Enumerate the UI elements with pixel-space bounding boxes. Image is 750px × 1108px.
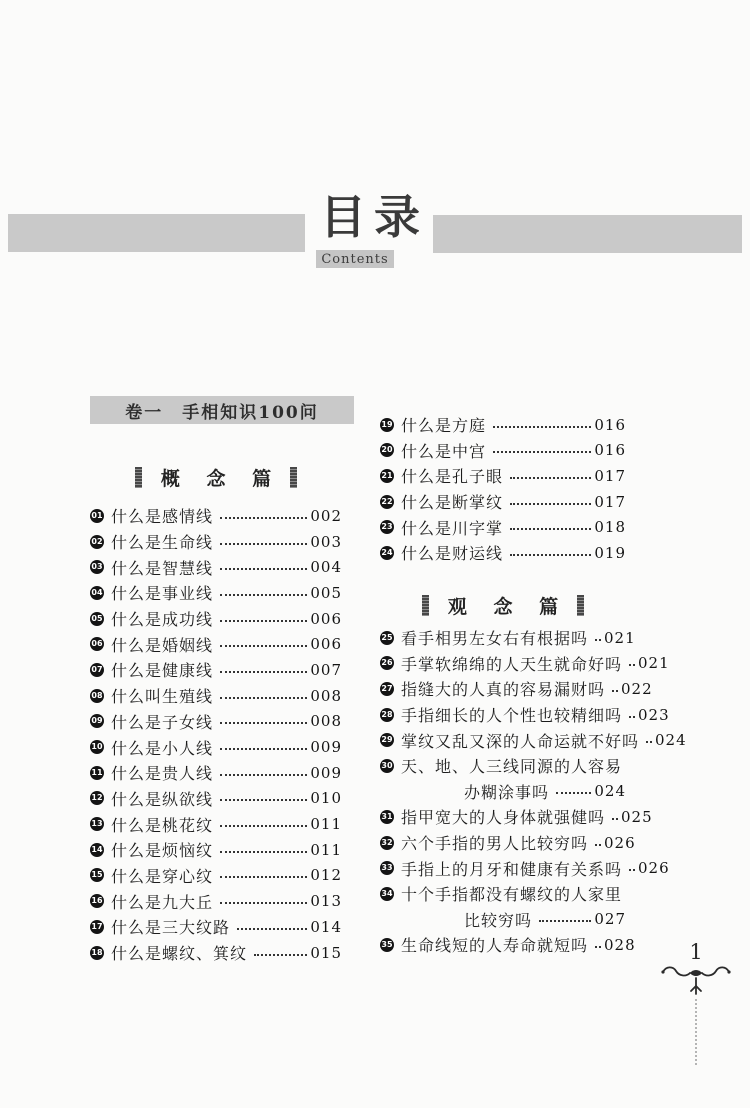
heading-bracket-icon <box>577 595 584 616</box>
entry-title-continued: 比较穷吗 <box>464 908 532 931</box>
toc-entry: 26手掌软绵绵的人天生就命好吗021 <box>380 651 626 677</box>
entry-page-number: 002 <box>310 507 342 525</box>
entry-number-badge: 35 <box>380 938 394 952</box>
entry-number-badge: 31 <box>380 810 394 824</box>
entry-page-number: 011 <box>310 815 342 833</box>
toc-entry: 35生命线短的人寿命就短吗028 <box>380 932 626 958</box>
toc-entry: 28手指细长的人个性也较精细吗023 <box>380 702 626 728</box>
entry-number-badge: 03 <box>90 560 104 574</box>
entry-page-number: 019 <box>594 544 626 562</box>
folio: 1 <box>658 942 734 1065</box>
entry-number-badge: 16 <box>90 894 104 908</box>
page-title: 目录 <box>302 192 438 243</box>
entry-page-number: 016 <box>594 416 626 434</box>
dot-leader <box>510 501 591 505</box>
dot-leader <box>254 952 307 956</box>
entry-title: 什么是成功线 <box>111 607 213 630</box>
entry-title: 什么是智慧线 <box>111 556 213 579</box>
section-heading-concepts: 概 念 篇 <box>90 464 342 491</box>
entry-page-number: 011 <box>310 841 342 859</box>
dot-leader <box>510 475 591 479</box>
entry-page-number: 006 <box>310 635 342 653</box>
entry-page-number: 007 <box>310 661 342 679</box>
entry-title-continued: 办糊涂事吗 <box>464 780 549 803</box>
dot-leader <box>539 918 591 922</box>
entry-title: 什么是贵人线 <box>111 761 213 784</box>
entry-number-badge: 26 <box>380 656 394 670</box>
toc-entry: 29掌纹又乱又深的人命运就不好吗024 <box>380 727 626 753</box>
dot-leader <box>220 618 307 622</box>
entry-page-number: 012 <box>310 866 342 884</box>
dot-leader <box>595 842 601 846</box>
entry-title: 什么是螺纹、箕纹 <box>111 941 247 964</box>
entry-title: 什么是小人线 <box>111 736 213 759</box>
dot-leader <box>220 695 307 699</box>
toc-entry: 32六个手指的男人比较穷吗026 <box>380 830 626 856</box>
toc-entry: 08什么叫生殖线008 <box>90 683 342 709</box>
entry-title: 指缝大的人真的容易漏财吗 <box>401 677 605 700</box>
section-title: 观 念 篇 <box>438 592 568 619</box>
toc-entry-continuation: 办糊涂事吗024 <box>380 779 626 805</box>
entry-title: 什么是九大丘 <box>111 890 213 913</box>
entry-number-badge: 01 <box>90 509 104 523</box>
entry-page-number: 028 <box>604 936 636 954</box>
dot-leader <box>220 900 307 904</box>
toc-entry: 21什么是孔子眼017 <box>380 463 626 489</box>
toc-column-right-ideas: 25看手相男左女右有根据吗021 26手掌软绵绵的人天生就命好吗021 27指缝… <box>380 625 626 958</box>
entry-title: 什么是烦恼纹 <box>111 838 213 861</box>
entry-number-badge: 09 <box>90 714 104 728</box>
dot-leader <box>237 926 307 930</box>
entry-title: 什么是财运线 <box>401 541 503 564</box>
entry-number-badge: 05 <box>90 612 104 626</box>
dot-leader <box>493 424 591 428</box>
toc-entry: 01什么是感情线002 <box>90 503 342 529</box>
dot-leader <box>510 552 591 556</box>
entry-title: 什么是事业线 <box>111 581 213 604</box>
toc-entry: 27指缝大的人真的容易漏财吗022 <box>380 676 626 702</box>
dot-leader <box>220 849 307 853</box>
dot-leader <box>629 867 635 871</box>
dot-leader <box>220 643 307 647</box>
toc-entry: 20什么是中宫016 <box>380 438 626 464</box>
volume-banner: 卷一 手相知识100问 <box>90 396 354 424</box>
entry-title: 手掌软绵绵的人天生就命好吗 <box>401 652 622 675</box>
heading-bracket-icon <box>135 467 142 488</box>
entry-title: 什么是穿心纹 <box>111 864 213 887</box>
entry-page-number: 010 <box>310 789 342 807</box>
dot-leader <box>220 669 307 673</box>
dot-leader <box>220 515 307 519</box>
entry-number-badge: 34 <box>380 887 394 901</box>
entry-number-badge: 14 <box>90 843 104 857</box>
folio-dotted-rule <box>695 999 697 1065</box>
dot-leader <box>629 662 635 666</box>
toc-entry: 15什么是穿心纹012 <box>90 863 342 889</box>
entry-page-number: 013 <box>310 892 342 910</box>
entry-page-number: 005 <box>310 584 342 602</box>
entry-page-number: 024 <box>594 782 626 800</box>
entry-title: 什么是婚姻线 <box>111 633 213 656</box>
entry-title: 什么是感情线 <box>111 504 213 527</box>
entry-title: 手指上的月牙和健康有关系吗 <box>401 857 622 880</box>
entry-page-number: 017 <box>594 467 626 485</box>
entry-title: 什么是三大纹路 <box>111 915 230 938</box>
entry-number-badge: 11 <box>90 766 104 780</box>
toc-entry: 34十个手指都没有螺纹的人家里 <box>380 881 626 907</box>
dot-leader <box>220 592 307 596</box>
entry-number-badge: 28 <box>380 708 394 722</box>
entry-title: 生命线短的人寿命就短吗 <box>401 933 588 956</box>
dot-leader <box>629 714 635 718</box>
entry-number-badge: 07 <box>90 663 104 677</box>
entry-page-number: 025 <box>621 808 653 826</box>
entry-number-badge: 02 <box>90 535 104 549</box>
entry-title: 掌纹又乱又深的人命运就不好吗 <box>401 729 639 752</box>
toc-entry: 06什么是婚姻线006 <box>90 631 342 657</box>
entry-page-number: 022 <box>621 680 653 698</box>
dot-leader <box>646 739 652 743</box>
entry-page-number: 026 <box>604 834 636 852</box>
toc-entry: 23什么是川字掌018 <box>380 514 626 540</box>
entry-page-number: 014 <box>310 918 342 936</box>
dot-leader <box>493 449 591 453</box>
toc-entry: 14什么是烦恼纹011 <box>90 837 342 863</box>
entry-page-number: 021 <box>638 654 670 672</box>
flourish-icon <box>660 964 732 998</box>
entry-number-badge: 12 <box>90 791 104 805</box>
dot-leader <box>220 772 307 776</box>
entry-number-badge: 23 <box>380 520 394 534</box>
toc-entry: 24什么是财运线019 <box>380 540 626 566</box>
entry-page-number: 027 <box>594 910 626 928</box>
toc-entry: 09什么是子女线008 <box>90 709 342 735</box>
entry-title: 十个手指都没有螺纹的人家里 <box>401 882 622 905</box>
dot-leader <box>220 874 307 878</box>
entry-title: 六个手指的男人比较穷吗 <box>401 831 588 854</box>
toc-entry: 19什么是方庭016 <box>380 412 626 438</box>
toc-entry: 13什么是桃花纹011 <box>90 811 342 837</box>
entry-title: 什么是方庭 <box>401 413 486 436</box>
dot-leader <box>595 637 601 641</box>
entry-number-badge: 27 <box>380 682 394 696</box>
entry-title: 什么是生命线 <box>111 530 213 553</box>
entry-number-badge: 29 <box>380 733 394 747</box>
header-right-rule <box>433 215 742 253</box>
entry-page-number: 009 <box>310 738 342 756</box>
entry-number-badge: 04 <box>90 586 104 600</box>
entry-number-badge: 33 <box>380 861 394 875</box>
toc-entry: 25看手相男左女右有根据吗021 <box>380 625 626 651</box>
dot-leader <box>510 526 591 530</box>
entry-number-badge: 15 <box>90 868 104 882</box>
entry-title: 指甲宽大的人身体就强健吗 <box>401 805 605 828</box>
entry-number-badge: 22 <box>380 495 394 509</box>
page-subtitle: Contents <box>316 250 394 268</box>
toc-entry: 30天、地、人三线同源的人容易 <box>380 753 626 779</box>
toc-entry: 12什么是纵欲线010 <box>90 786 342 812</box>
entry-title: 什么是健康线 <box>111 658 213 681</box>
dot-leader <box>595 944 601 948</box>
entry-number-badge: 18 <box>90 946 104 960</box>
entry-title: 什么是孔子眼 <box>401 464 503 487</box>
dot-leader <box>220 720 307 724</box>
entry-number-badge: 19 <box>380 418 394 432</box>
dot-leader <box>220 746 307 750</box>
entry-number-badge: 25 <box>380 631 394 645</box>
entry-page-number: 018 <box>594 518 626 536</box>
entry-page-number: 008 <box>310 712 342 730</box>
entry-number-badge: 06 <box>90 637 104 651</box>
entry-page-number: 004 <box>310 558 342 576</box>
entry-page-number: 024 <box>655 731 687 749</box>
entry-number-badge: 13 <box>90 817 104 831</box>
entry-number-badge: 32 <box>380 836 394 850</box>
dot-leader <box>556 790 591 794</box>
entry-number-badge: 24 <box>380 546 394 560</box>
toc-entry: 10什么是小人线009 <box>90 734 342 760</box>
entry-number-badge: 21 <box>380 469 394 483</box>
toc-column-left: 01什么是感情线002 02什么是生命线003 03什么是智慧线004 04什么… <box>90 503 342 965</box>
entry-title: 什么是断掌纹 <box>401 490 503 513</box>
entry-number-badge: 20 <box>380 443 394 457</box>
toc-entry: 04什么是事业线005 <box>90 580 342 606</box>
toc-entry: 22什么是断掌纹017 <box>380 489 626 515</box>
toc-entry: 31指甲宽大的人身体就强健吗025 <box>380 804 626 830</box>
entry-title: 什么是川字掌 <box>401 516 503 539</box>
toc-entry-continuation: 比较穷吗027 <box>380 907 626 933</box>
toc-entry: 17什么是三大纹路014 <box>90 914 342 940</box>
entry-page-number: 026 <box>638 859 670 877</box>
entry-number-badge: 08 <box>90 689 104 703</box>
section-heading-ideas: 观 念 篇 <box>380 592 626 619</box>
entry-page-number: 009 <box>310 764 342 782</box>
heading-bracket-icon <box>422 595 429 616</box>
dot-leader <box>220 797 307 801</box>
toc-entry: 11什么是贵人线009 <box>90 760 342 786</box>
toc-entry: 03什么是智慧线004 <box>90 554 342 580</box>
folio-page-number: 1 <box>689 942 702 963</box>
toc-entry: 05什么是成功线006 <box>90 606 342 632</box>
entry-number-badge: 17 <box>90 920 104 934</box>
entry-title: 什么是桃花纹 <box>111 813 213 836</box>
entry-page-number: 016 <box>594 441 626 459</box>
dot-leader <box>220 823 307 827</box>
dot-leader <box>612 816 618 820</box>
toc-column-right-concepts: 19什么是方庭016 20什么是中宫016 21什么是孔子眼017 22什么是断… <box>380 412 626 566</box>
entry-page-number: 003 <box>310 533 342 551</box>
dot-leader <box>220 566 307 570</box>
entry-page-number: 015 <box>310 944 342 962</box>
entry-title: 看手相男左女右有根据吗 <box>401 626 588 649</box>
toc-entry: 07什么是健康线007 <box>90 657 342 683</box>
header-left-rule <box>8 214 305 252</box>
entry-title: 什么是子女线 <box>111 710 213 733</box>
toc-entry: 18什么是螺纹、箕纹015 <box>90 940 342 966</box>
heading-bracket-icon <box>290 467 297 488</box>
toc-entry: 02什么是生命线003 <box>90 529 342 555</box>
entry-number-badge: 10 <box>90 740 104 754</box>
entry-page-number: 017 <box>594 493 626 511</box>
dot-leader <box>220 541 307 545</box>
entry-title: 什么是纵欲线 <box>111 787 213 810</box>
entry-page-number: 006 <box>310 610 342 628</box>
dot-leader <box>612 688 618 692</box>
entry-number-badge: 30 <box>380 759 394 773</box>
entry-title: 手指细长的人个性也较精细吗 <box>401 703 622 726</box>
toc-entry: 33手指上的月牙和健康有关系吗026 <box>380 855 626 881</box>
entry-page-number: 021 <box>604 629 636 647</box>
entry-page-number: 008 <box>310 687 342 705</box>
entry-page-number: 023 <box>638 706 670 724</box>
entry-title: 什么是中宫 <box>401 439 486 462</box>
section-title: 概 念 篇 <box>151 464 281 491</box>
toc-entry: 16什么是九大丘013 <box>90 888 342 914</box>
entry-title: 什么叫生殖线 <box>111 684 213 707</box>
entry-title: 天、地、人三线同源的人容易 <box>401 754 622 777</box>
